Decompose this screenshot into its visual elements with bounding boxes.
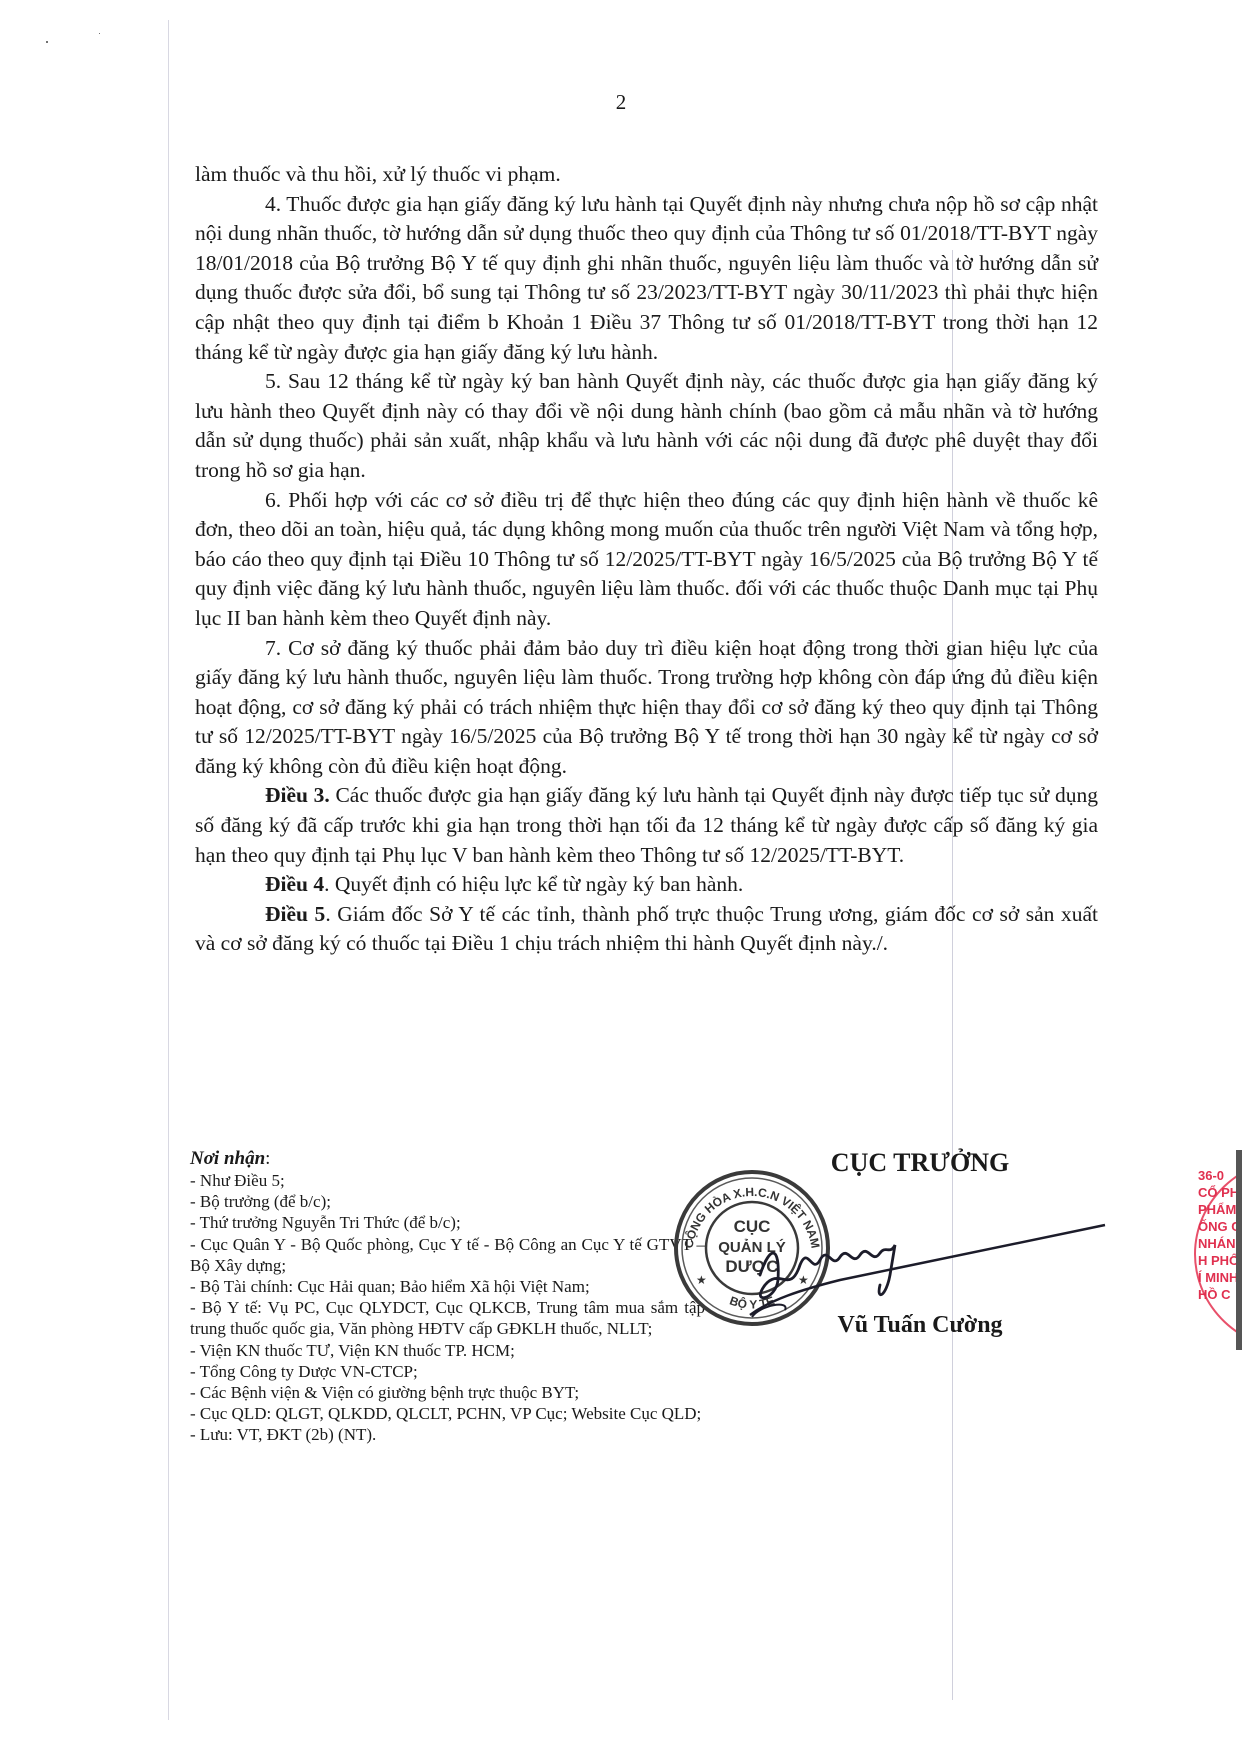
recipient-item: - Tổng Công ty Dược VN-CTCP; — [190, 1361, 705, 1382]
recipient-item: - Viện KN thuốc TƯ, Viện KN thuốc TP. HC… — [190, 1340, 705, 1361]
article-5: Điều 5. Giám đốc Sở Y tế các tỉnh, thành… — [195, 900, 1098, 959]
paragraph-item-6: 6. Phối hợp với các cơ sở điều trị để th… — [195, 486, 1098, 634]
recipient-item: - Các Bệnh viện & Viện có giường bệnh tr… — [190, 1382, 705, 1403]
signer-name: Vũ Tuấn Cường — [815, 1312, 1025, 1339]
partial-company-stamp: 36-0CỔ PHẦPHẨMỐNG CNHÁNHH PHỐÍ MINHHỒ C — [1190, 1155, 1242, 1350]
recipient-item: - Cục Quân Y - Bộ Quốc phòng, Cục Y tế -… — [190, 1234, 705, 1276]
recipient-item: - Thứ trưởng Nguyễn Tri Thức (để b/c); — [190, 1212, 705, 1233]
paragraph-continuation: làm thuốc và thu hồi, xử lý thuốc vi phạ… — [195, 160, 1098, 190]
recipient-item: - Bộ Y tế: Vụ PC, Cục QLYDCT, Cục QLKCB,… — [190, 1297, 705, 1339]
recipient-item: - Cục QLD: QLGT, QLKDD, QLCLT, PCHN, VP … — [190, 1403, 705, 1424]
scan-artifact-line — [168, 20, 169, 1720]
scan-speck — [99, 33, 100, 34]
recipients-title-colon: : — [265, 1148, 270, 1169]
recipients-list: Nơi nhận: - Như Điều 5;- Bộ trưởng (để b… — [190, 1148, 705, 1446]
recipient-item: - Như Điều 5; — [190, 1170, 705, 1191]
decision-body: làm thuốc và thu hồi, xử lý thuốc vi phạ… — [195, 160, 1098, 959]
article-5-text: . Giám đốc Sở Y tế các tỉnh, thành phố t… — [195, 902, 1098, 956]
page-edge-shadow — [1236, 1150, 1242, 1350]
paragraph-item-4: 4. Thuốc được gia hạn giấy đăng ký lưu h… — [195, 190, 1098, 368]
article-4-label: Điều 4 — [265, 872, 324, 896]
article-5-label: Điều 5 — [265, 902, 325, 926]
article-4-text: . Quyết định có hiệu lực kể từ ngày ký b… — [324, 872, 743, 896]
scan-speck — [46, 41, 48, 43]
recipient-item: - Bộ trưởng (để b/c); — [190, 1191, 705, 1212]
document-page: 2 làm thuốc và thu hồi, xử lý thuốc vi p… — [0, 0, 1242, 1755]
recipient-items: - Như Điều 5;- Bộ trưởng (để b/c);- Thứ … — [190, 1170, 705, 1446]
article-3-text: Các thuốc được gia hạn giấy đăng ký lưu … — [195, 783, 1098, 866]
recipient-item: - Lưu: VT, ĐKT (2b) (NT). — [190, 1424, 705, 1445]
article-3: Điều 3. Các thuốc được gia hạn giấy đăng… — [195, 781, 1098, 870]
recipients-title-text: Nơi nhận — [190, 1148, 265, 1169]
article-4: Điều 4. Quyết định có hiệu lực kể từ ngà… — [195, 870, 1098, 900]
paragraph-item-5: 5. Sau 12 tháng kể từ ngày ký ban hành Q… — [195, 367, 1098, 485]
article-3-label: Điều 3. — [265, 783, 330, 807]
recipients-title: Nơi nhận: — [190, 1148, 705, 1170]
page-number: 2 — [0, 90, 1242, 115]
recipient-item: - Bộ Tài chính: Cục Hải quan; Bảo hiểm X… — [190, 1276, 705, 1297]
paragraph-item-7: 7. Cơ sở đăng ký thuốc phải đảm bảo duy … — [195, 634, 1098, 782]
signer-title: CỤC TRƯỞNG — [815, 1148, 1025, 1178]
